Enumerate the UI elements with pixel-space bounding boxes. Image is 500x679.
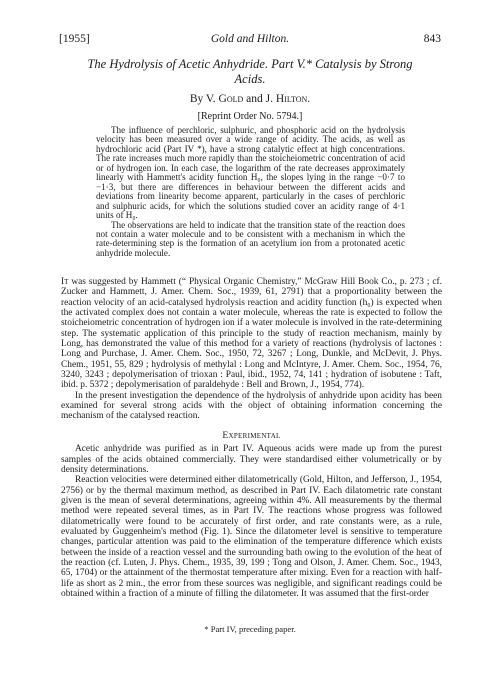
article-body: It was suggested by Hammett (“ Physical … — [61, 277, 442, 599]
running-head: [1955] Gold and Hilton. 843 — [59, 33, 441, 49]
author-hilton: Hilton — [276, 93, 307, 105]
section-heading: Experimental — [61, 431, 442, 441]
body-paragraph: Acetic anhydride was purified as in Part… — [61, 444, 442, 475]
footnote: * Part IV, preceding paper. — [0, 624, 500, 634]
article-title: The Hydrolysis of Acetic Anhydride. Part… — [80, 57, 420, 87]
body-paragraph: Reaction velocities were determined eith… — [61, 475, 442, 599]
page-number: 843 — [424, 33, 441, 45]
byline-prefix: By V. — [190, 93, 219, 105]
running-head-authors: Gold and Hilton. — [59, 33, 441, 45]
byline-suffix: . — [307, 93, 310, 105]
abstract: The influence of perchloric, sulphuric, … — [96, 126, 405, 258]
author-gold: Gold — [219, 93, 244, 105]
paragraph-text: was suggested by Hammett (“ Physical Org… — [61, 277, 442, 390]
abstract-paragraph: The influence of perchloric, sulphuric, … — [96, 126, 405, 221]
abstract-paragraph: The observations are held to indicate th… — [96, 221, 405, 259]
byline-and: and J. — [243, 93, 276, 105]
body-paragraph: It was suggested by Hammett (“ Physical … — [61, 277, 442, 391]
byline: By V. Gold and J. Hilton. — [0, 93, 500, 105]
paper-page: [1955] Gold and Hilton. 843 The Hydrolys… — [0, 0, 500, 679]
body-paragraph: In the present investigation the depende… — [61, 391, 442, 422]
reprint-order: [Reprint Order No. 5794.] — [0, 111, 500, 122]
